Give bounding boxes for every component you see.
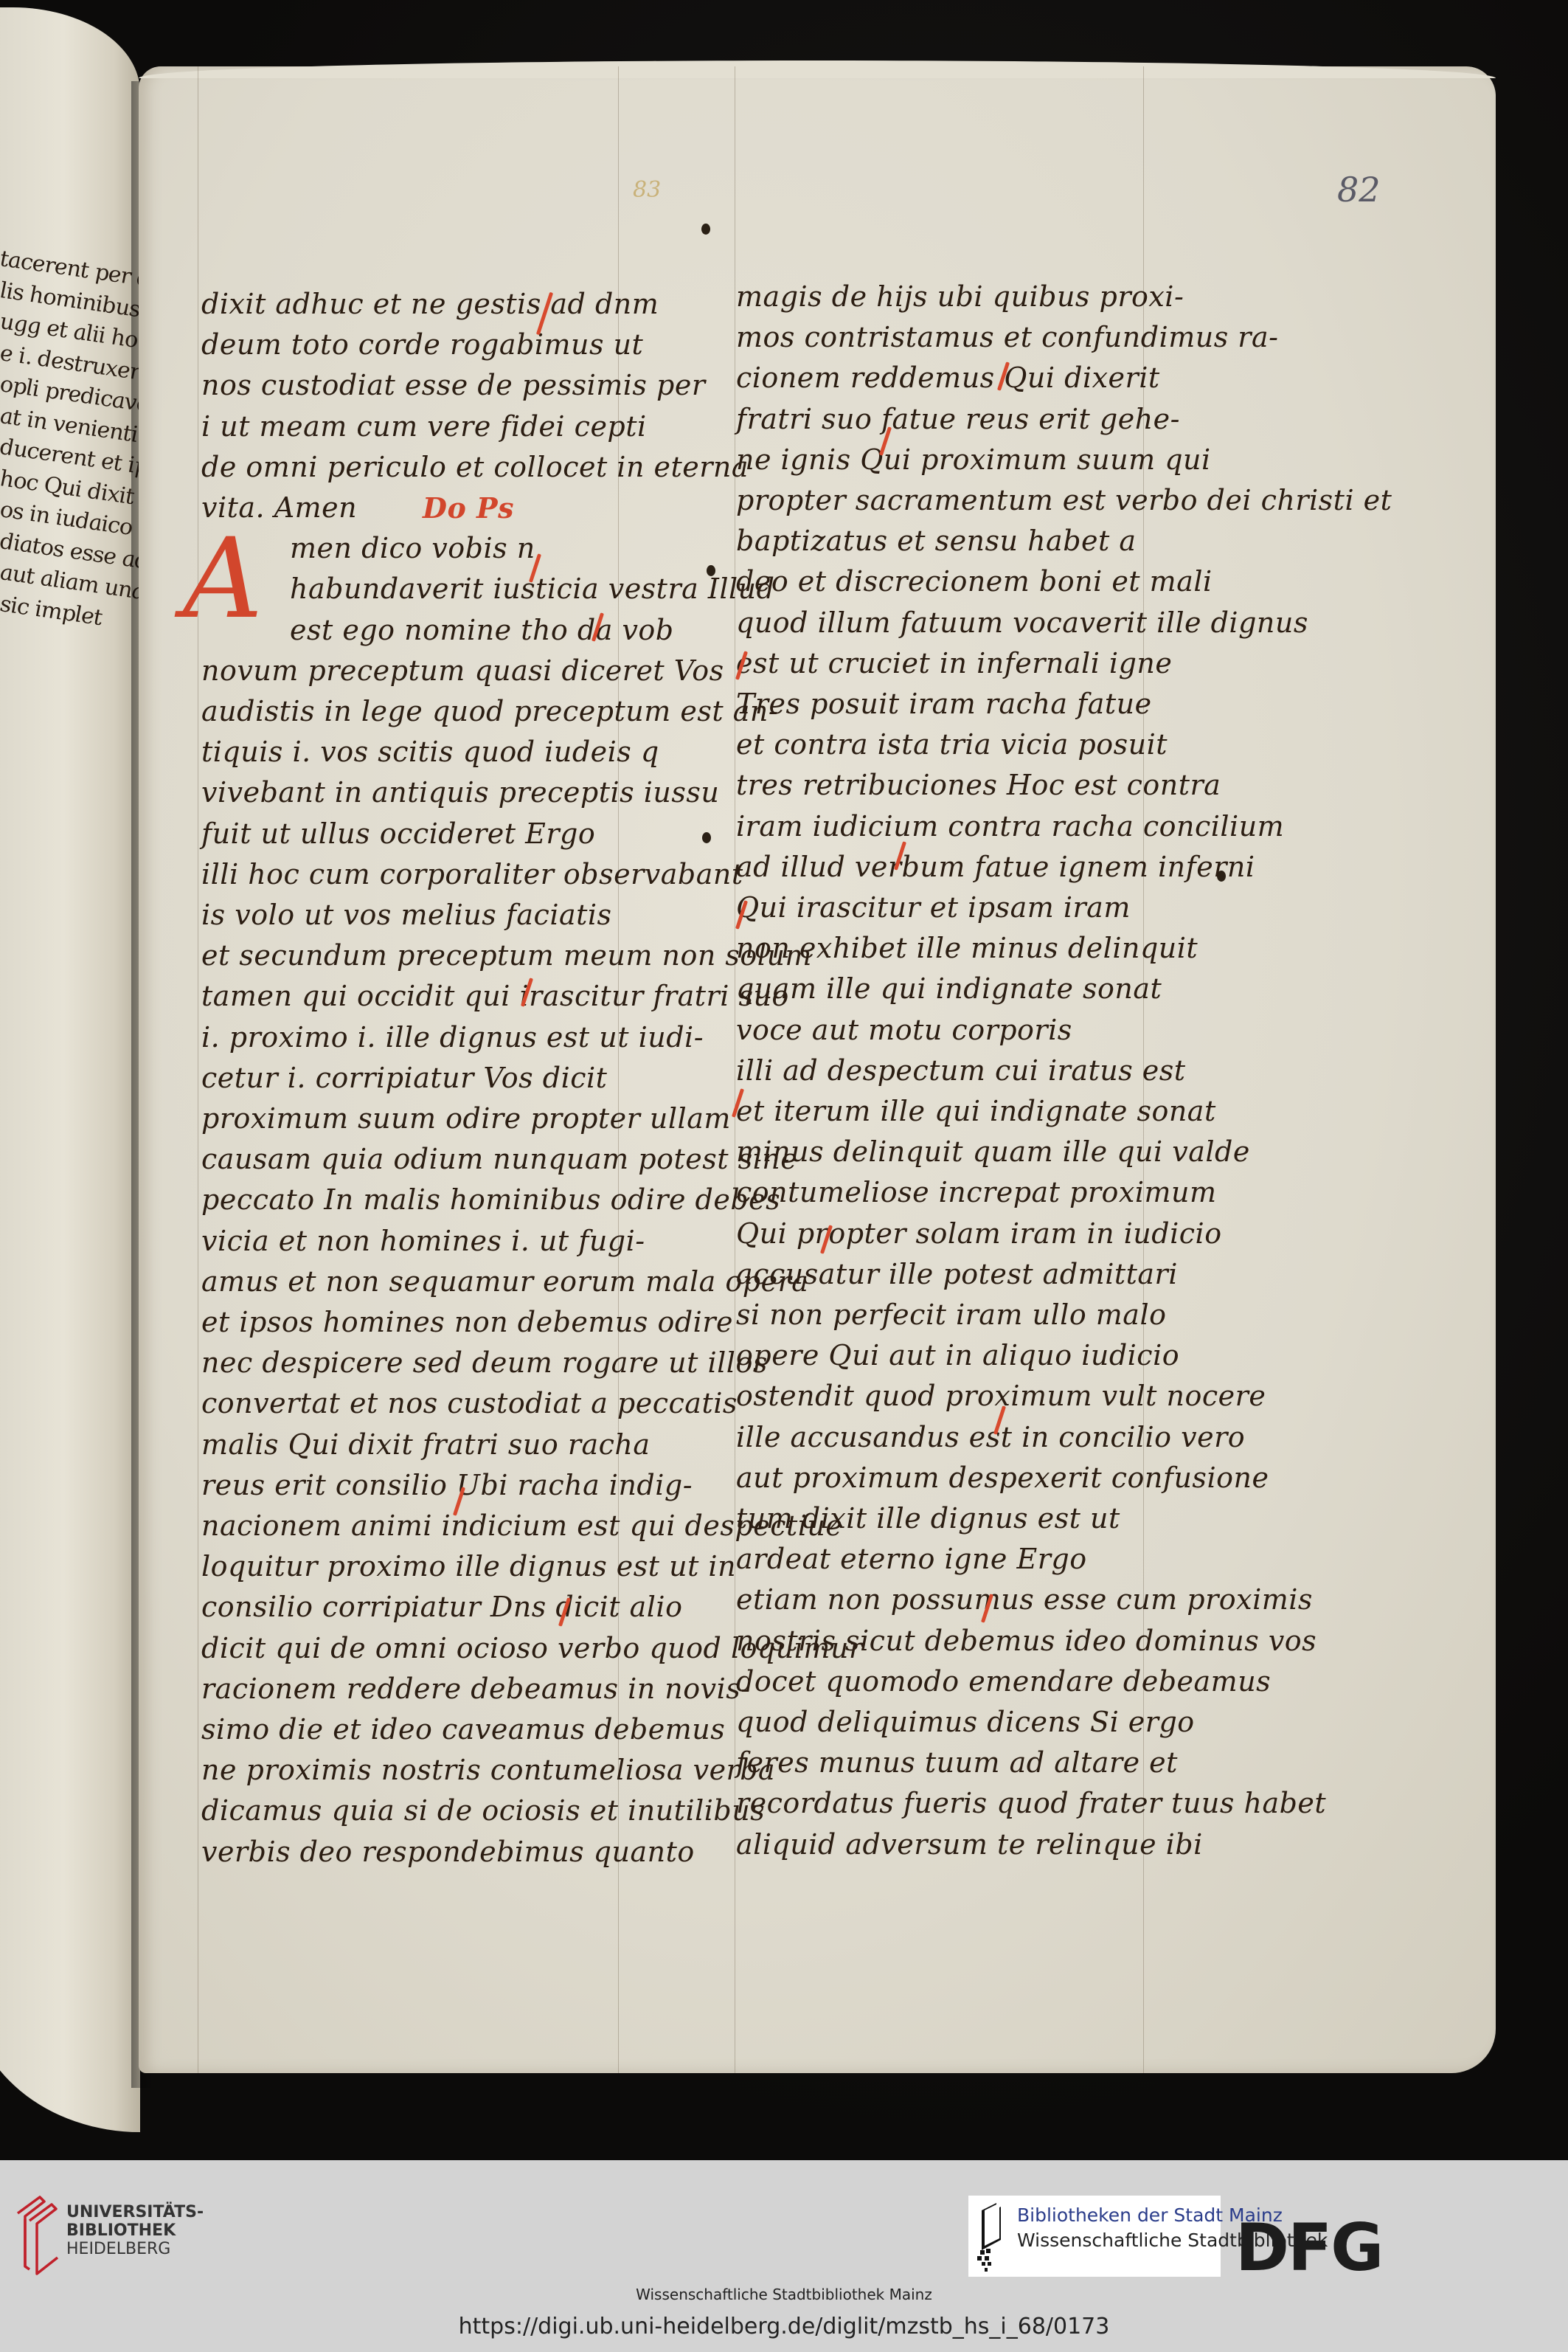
manuscript-line: vivebant in antiquis preceptis iussu: [201, 776, 719, 809]
manuscript-line: tamen qui occidit qui irascitur fratri s…: [201, 980, 789, 1012]
manuscript-line: tum dixit ille dignus est ut: [736, 1502, 1120, 1535]
manuscript-line: baptizatus et sensu habet a: [736, 525, 1137, 557]
manuscript-line: racionem reddere debeamus in novis-: [201, 1673, 751, 1705]
manuscript-line: mos contristamus et confundimus ra-: [736, 321, 1278, 353]
manuscript-line: tiquis i. vos scitis quod iudeis q: [201, 736, 659, 768]
manuscript-line: non exhibet ille minus delinquit: [736, 932, 1198, 964]
manuscript-line: voce aut motu corporis: [736, 1014, 1072, 1046]
verso-page-edge: tacerent per deliberacionelis hominibus …: [0, 7, 140, 2132]
manuscript-line: ardeat eterno igne Ergo: [736, 1543, 1087, 1575]
manuscript-line: quod illum fatuum vocaverit ille dignus: [736, 606, 1308, 639]
manuscript-line: causam quia odium nunquam potest sine: [201, 1143, 797, 1175]
sewing-hole: [701, 224, 710, 235]
manuscript-line: contumeliose increpat proximum: [736, 1176, 1217, 1208]
manuscript-line: malis Qui dixit fratri suo racha: [201, 1428, 651, 1461]
manuscript-line: peccato In malis hominibus odire debes: [201, 1183, 780, 1216]
manuscript-line: Qui irascitur et ipsam iram: [736, 891, 1131, 924]
manuscript-line: iram iudicium contra racha concilium: [736, 810, 1284, 843]
manuscript-line: Tres posuit iram racha fatue: [736, 688, 1152, 720]
manuscript-line: et ipsos homines non debemus odire: [201, 1306, 733, 1338]
mainz-library-logo[interactable]: Bibliotheken der Stadt Mainz Wissenschaf…: [968, 2196, 1221, 2277]
manuscript-line: et iterum ille qui indignate sonat: [736, 1095, 1216, 1127]
manuscript-line: tres retribuciones Hoc est contra: [736, 769, 1221, 801]
manuscript-line: aut proximum despexerit confusione: [736, 1462, 1269, 1494]
manuscript-line: magis de hijs ubi quibus proxi-: [736, 280, 1184, 313]
manuscript-line: ille accusandus est in concilio vero: [736, 1421, 1245, 1453]
manuscript-line: fuit ut ullus occideret Ergo: [201, 817, 595, 850]
manuscript-line: feres munus tuum ad altare et: [736, 1746, 1178, 1779]
manuscript-line: nostris sicut debemus ideo dominus vos: [736, 1625, 1317, 1657]
manuscript-line: nos custodiat esse de pessimis per: [201, 369, 705, 401]
ub-heidelberg-wordmark: UNIVERSITÄTS- BIBLIOTHEK HEIDELBERG: [66, 2203, 204, 2258]
manuscript-line: vicia et non homines i. ut fugi-: [201, 1225, 645, 1257]
manuscript-line: cionem reddemus Qui dixerit: [736, 362, 1160, 394]
manuscript-line: cetur i. corripiatur Vos dicit: [201, 1062, 607, 1094]
manuscript-line: ne proximis nostris contumeliosa verba: [201, 1754, 775, 1786]
ub-line-1: UNIVERSITÄTS-: [66, 2203, 204, 2221]
ruling-line: [198, 66, 198, 2073]
manuscript-line: est ego nomine tho da vob: [290, 614, 674, 646]
manuscript-line: i. proximo i. ille dignus est ut iudi-: [201, 1021, 704, 1054]
institution-caption: Wissenschaftliche Stadtbibliothek Mainz: [0, 2286, 1568, 2303]
ub-line-3: HEIDELBERG: [66, 2240, 204, 2258]
recto-page: 83 82 dixit adhuc et ne gestis ad dnmdeu…: [139, 66, 1496, 2073]
manuscript-line: etiam non possumus esse cum proximis: [736, 1583, 1313, 1616]
manuscript-line: aliquid adversum te relinque ibi: [736, 1828, 1203, 1861]
rubricated-initial: A: [183, 524, 263, 634]
manuscript-line: est ut cruciet in infernali igne: [736, 647, 1172, 679]
permalink-url[interactable]: https://digi.ub.uni-heidelberg.de/diglit…: [0, 2314, 1568, 2339]
manuscript-line: Qui propter solam iram in iudicio: [736, 1217, 1222, 1250]
manuscript-line: dixit adhuc et ne gestis ad dnm: [201, 288, 659, 320]
verso-text-fragments: tacerent per deliberacionelis hominibus …: [0, 243, 140, 640]
manuscript-line: dicamus quia si de ociosis et inutilibus: [201, 1794, 765, 1827]
manuscript-line: convertat et nos custodiat a peccatis: [201, 1387, 738, 1419]
ub-line-2: BIBLIOTHEK: [66, 2221, 204, 2240]
manuscript-line: novum preceptum quasi diceret Vos: [201, 654, 724, 687]
manuscript-line: minus delinquit quam ille qui valde: [736, 1135, 1250, 1168]
manuscript-line: opere Qui aut in aliquo iudicio: [736, 1339, 1179, 1372]
scan-background: tacerent per deliberacionelis hominibus …: [0, 0, 1568, 2160]
manuscript-line: audistis in lege quod preceptum est an-: [201, 695, 778, 727]
manuscript-line: loquitur proximo ille dignus est ut in: [201, 1550, 736, 1583]
manuscript-line: simo die et ideo caveamus debemus: [201, 1713, 725, 1746]
manuscript-line: illi ad despectum cui iratus est: [736, 1054, 1186, 1087]
manuscript-line: deum toto corde rogabimus ut: [201, 328, 643, 361]
manuscript-line: quod deliquimus dicens Si ergo: [736, 1706, 1195, 1738]
manuscript-line: fratri suo fatue reus erit gehe-: [736, 403, 1180, 435]
folio-number: 82: [1337, 170, 1381, 210]
manuscript-line: amus et non sequamur eorum mala opera: [201, 1265, 808, 1298]
manuscript-line: docet quomodo emendare debeamus: [736, 1665, 1271, 1698]
manuscript-line: men dico vobis n: [290, 532, 535, 564]
manuscript-line: si non perfecit iram ullo malo: [736, 1298, 1167, 1331]
manuscript-line: illi hoc cum corporaliter observabant: [201, 858, 743, 890]
manuscript-line: et contra ista tria vicia posuit: [736, 728, 1168, 761]
manuscript-line: deo et discrecionem boni et mali: [736, 565, 1213, 598]
manuscript-line: de omni periculo et collocet in eterna: [201, 451, 749, 483]
sewing-hole: [702, 832, 711, 843]
ub-heidelberg-logo-icon: [15, 2193, 66, 2281]
manuscript-line: i ut meam cum vere fidei cepti: [201, 410, 647, 443]
dfg-logo[interactable]: DFG: [1235, 2210, 1382, 2286]
book-icon: [974, 2201, 1005, 2274]
manuscript-line: ad illud verbum fatue ignem inferni: [736, 851, 1255, 883]
manuscript-line: reus erit consilio Ubi racha indig-: [201, 1469, 693, 1501]
manuscript-line: is volo ut vos melius faciatis: [201, 899, 612, 931]
manuscript-line: recordatus fueris quod frater tuus habet: [736, 1787, 1326, 1819]
rubric-marginal-note: Do Ps: [423, 491, 514, 525]
manuscript-line: quam ille qui indignate sonat: [736, 972, 1162, 1005]
manuscript-line: proximum suum odire propter ullam: [201, 1102, 731, 1135]
old-folio-number: 83: [633, 177, 661, 203]
manuscript-line: ne ignis Qui proximum suum qui: [736, 443, 1211, 476]
manuscript-line: propter sacramentum est verbo dei christ…: [736, 484, 1392, 516]
manuscript-line: consilio corripiatur Dns dicit alio: [201, 1591, 682, 1623]
manuscript-line: et secundum preceptum meum non solum: [201, 939, 812, 972]
manuscript-line: verbis deo respondebimus quanto: [201, 1836, 695, 1868]
manuscript-line: accusatur ille potest admittari: [736, 1258, 1178, 1290]
manuscript-line: nec despicere sed deum rogare ut illos: [201, 1346, 768, 1379]
